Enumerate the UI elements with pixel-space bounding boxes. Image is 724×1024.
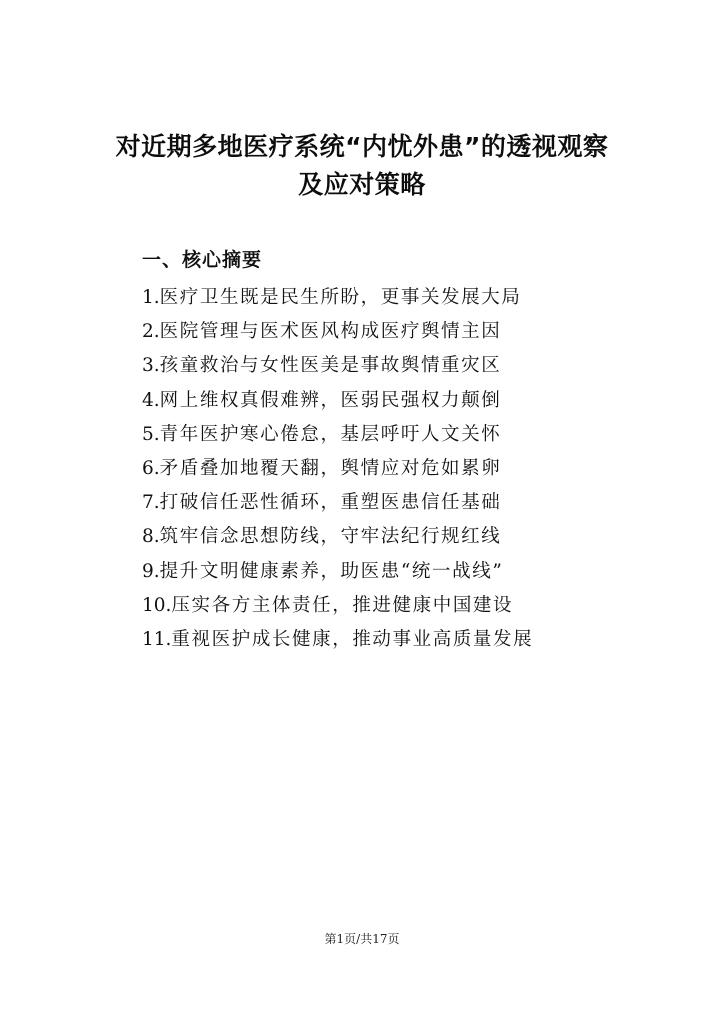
list-item: 2.医院管理与医术医风构成医疗舆情主因 — [142, 315, 533, 349]
item-text: 提升文明健康素养，助医患“统一战线” — [160, 561, 504, 582]
document-title: 对近期多地医疗系统“内忧外患”的透视观察 及应对策略 — [0, 128, 724, 204]
list-item: 7.打破信任恶性循环，重塑医患信任基础 — [142, 486, 533, 520]
list-item: 4.网上维权真假难辨，医弱民强权力颠倒 — [142, 384, 533, 418]
list-item: 3.孩童救治与女性医美是事故舆情重灾区 — [142, 349, 533, 383]
list-item: 6.矛盾叠加地覆天翻，舆情应对危如累卵 — [142, 452, 533, 486]
document-page: 对近期多地医疗系统“内忧外患”的透视观察 及应对策略 一、核心摘要 1.医疗卫生… — [0, 0, 724, 1024]
page-indicator: 第1页/共17页 — [0, 930, 724, 948]
item-text: 医疗卫生既是民生所盼，更事关发展大局 — [160, 287, 522, 308]
title-line-1: 对近期多地医疗系统“内忧外患”的透视观察 — [0, 128, 724, 166]
item-number: 11. — [142, 629, 171, 650]
item-text: 孩童救治与女性医美是事故舆情重灾区 — [160, 355, 502, 376]
item-number: 10. — [142, 595, 171, 616]
title-line-2: 及应对策略 — [0, 166, 724, 204]
list-item: 9.提升文明健康素养，助医患“统一战线” — [142, 555, 533, 589]
item-number: 8. — [142, 526, 160, 547]
item-number: 3. — [142, 355, 160, 376]
item-number: 5. — [142, 424, 160, 445]
list-item: 10.压实各方主体责任，推进健康中国建设 — [142, 589, 533, 623]
item-number: 6. — [142, 458, 160, 479]
list-item: 8.筑牢信念思想防线，守牢法纪行规红线 — [142, 520, 533, 554]
item-text: 矛盾叠加地覆天翻，舆情应对危如累卵 — [160, 458, 502, 479]
item-text: 医院管理与医术医风构成医疗舆情主因 — [160, 321, 502, 342]
item-number: 4. — [142, 390, 160, 411]
item-text: 压实各方主体责任，推进健康中国建设 — [171, 595, 513, 616]
section-heading: 一、核心摘要 — [142, 246, 262, 274]
item-text: 网上维权真假难辨，医弱民强权力颠倒 — [160, 390, 502, 411]
item-number: 9. — [142, 561, 160, 582]
item-text: 青年医护寒心倦怠，基层呼吁人文关怀 — [160, 424, 502, 445]
summary-list: 1.医疗卫生既是民生所盼，更事关发展大局 2.医院管理与医术医风构成医疗舆情主因… — [142, 281, 533, 657]
item-text: 筑牢信念思想防线，守牢法纪行规红线 — [160, 526, 502, 547]
item-text: 重视医护成长健康，推动事业高质量发展 — [171, 629, 533, 650]
list-item: 11.重视医护成长健康，推动事业高质量发展 — [142, 623, 533, 657]
item-number: 7. — [142, 492, 160, 513]
item-number: 2. — [142, 321, 160, 342]
list-item: 5.青年医护寒心倦怠，基层呼吁人文关怀 — [142, 418, 533, 452]
list-item: 1.医疗卫生既是民生所盼，更事关发展大局 — [142, 281, 533, 315]
item-text: 打破信任恶性循环，重塑医患信任基础 — [160, 492, 502, 513]
item-number: 1. — [142, 287, 160, 308]
